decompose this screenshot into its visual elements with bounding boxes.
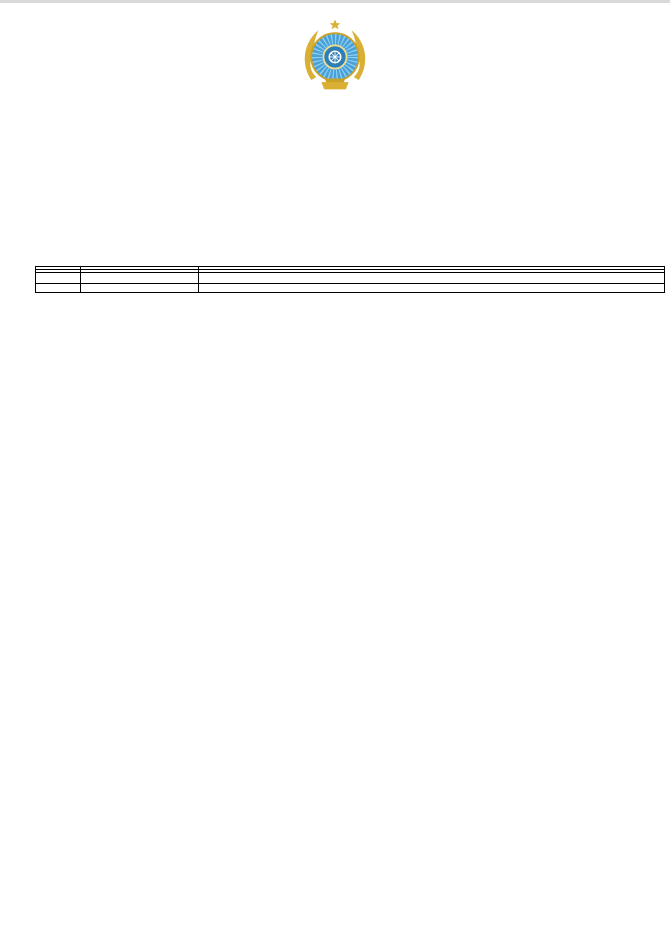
row-code-cell bbox=[81, 284, 199, 293]
table-row bbox=[36, 273, 665, 284]
row-number-cell bbox=[36, 284, 81, 293]
qr-code-3 bbox=[278, 737, 396, 855]
license-appendix-document bbox=[0, 0, 670, 938]
qr-code-5 bbox=[528, 737, 646, 855]
table-row bbox=[36, 284, 665, 293]
issuance-basis-row bbox=[40, 340, 663, 346]
row-direction-cell bbox=[199, 284, 665, 293]
signature-qr-codes bbox=[28, 737, 646, 855]
row-direction-cell bbox=[199, 273, 665, 284]
qr-code-1 bbox=[28, 737, 146, 855]
row-code-cell bbox=[81, 273, 199, 284]
training-directions-table bbox=[35, 266, 665, 293]
verification-qr-code bbox=[616, 886, 662, 932]
qr-code-4 bbox=[403, 737, 521, 855]
row-number-cell bbox=[36, 273, 81, 284]
kazakhstan-emblem-icon bbox=[299, 16, 371, 95]
licensor-row bbox=[40, 546, 663, 551]
head-person-row bbox=[40, 620, 663, 622]
window-edge-strip bbox=[0, 0, 670, 3]
qr-code-2 bbox=[153, 737, 271, 855]
licensee-row bbox=[40, 410, 663, 417]
